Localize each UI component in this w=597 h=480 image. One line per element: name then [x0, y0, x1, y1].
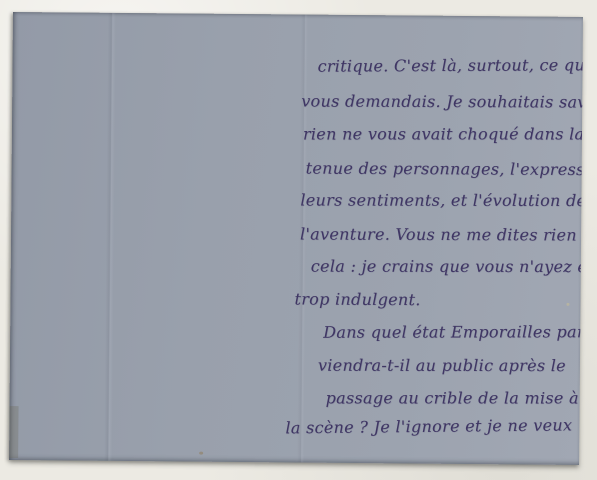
handwritten-line: vous demandais. Je souhaitais savoir si [301, 92, 583, 112]
handwritten-line: rien ne vous avait choqué dans la [303, 125, 583, 144]
handwritten-line: la scène ? Je l'ignore et je ne veux [285, 415, 572, 437]
handwritten-line: critique. C'est là, surtout, ce que je [317, 55, 582, 76]
handwritten-line: tenue des personnages, l'expression de [306, 159, 583, 180]
handwritten-line: l'aventure. Vous ne me dites rien de [300, 225, 583, 245]
handwritten-text: critique. C'est là, surtout, ce que je v… [9, 12, 583, 465]
handwritten-line: leurs sentiments, et l'évolution de [300, 191, 583, 210]
scan-background: critique. C'est là, surtout, ce que je v… [0, 0, 597, 480]
handwritten-line: viendra-t-il au public après le [318, 356, 566, 375]
letter-page: critique. C'est là, surtout, ce que je v… [9, 12, 583, 465]
handwritten-line: Dans quel état Emporailles par- [323, 322, 583, 341]
handwritten-line: passage au crible de la mise à [326, 389, 579, 408]
handwritten-line: cela : je crains que vous n'ayez été [311, 257, 583, 277]
handwritten-line: trop indulgent. [294, 289, 420, 309]
